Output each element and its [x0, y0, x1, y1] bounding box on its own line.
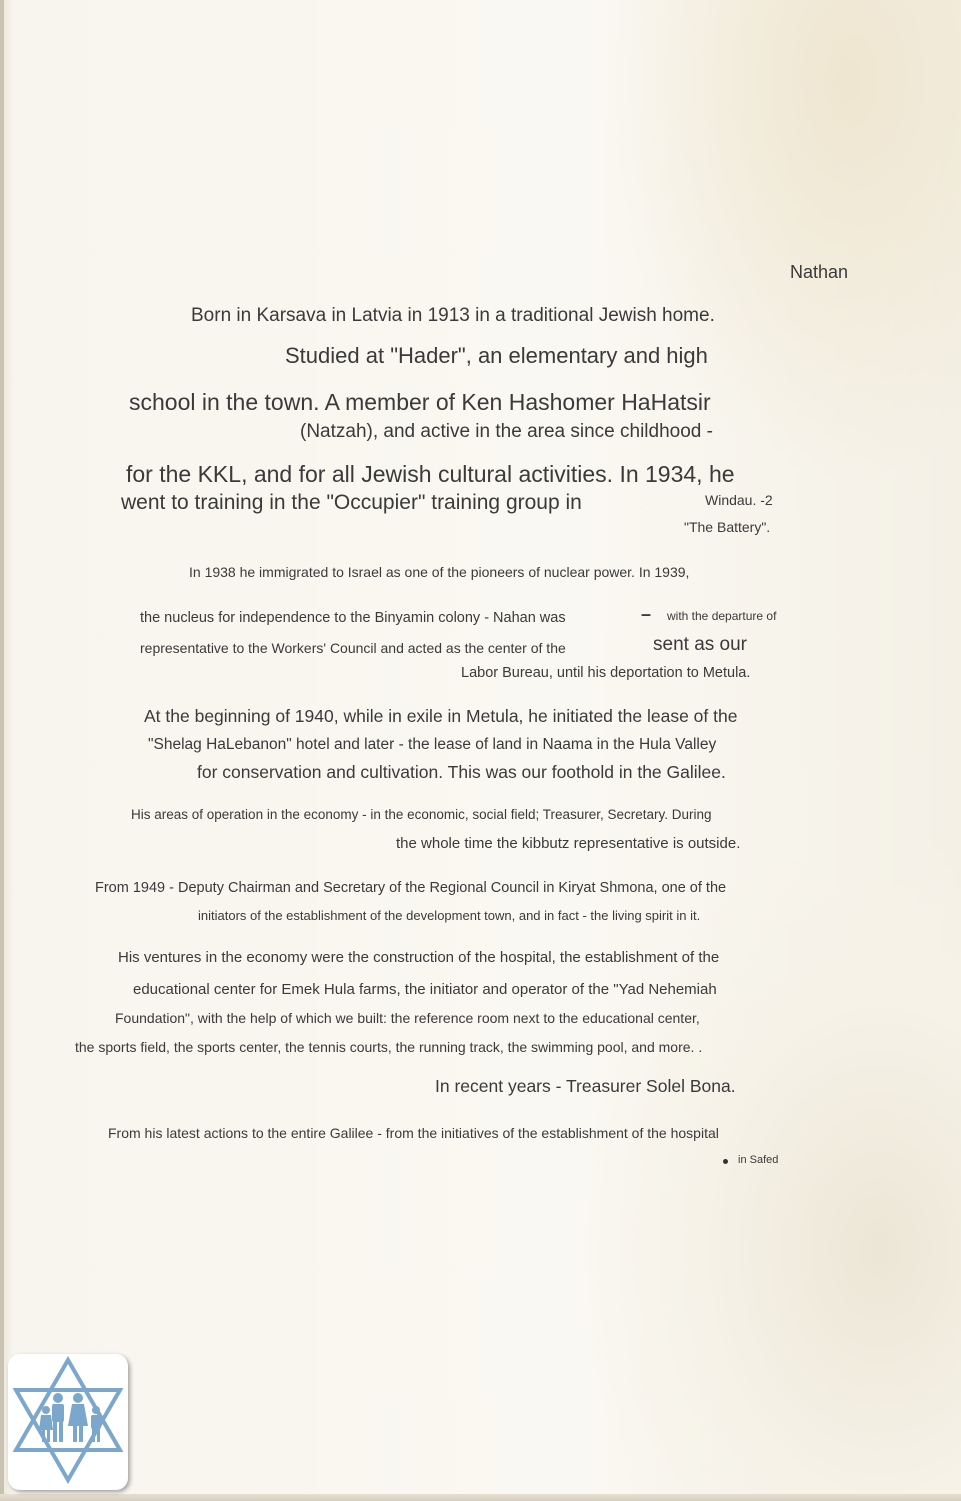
- text-line: Labor Bureau, until his deportation to M…: [461, 666, 750, 681]
- text-line: initiators of the establishment of the d…: [198, 909, 700, 922]
- text-line: school in the town. A member of Ken Hash…: [129, 391, 711, 414]
- text-line: (Natzah), and active in the area since c…: [300, 422, 713, 441]
- text-line: Studied at "Hader", an elementary and hi…: [285, 345, 708, 367]
- page-left-edge: [0, 0, 4, 1501]
- text-line: "Shelag HaLebanon" hotel and later - the…: [148, 737, 716, 753]
- page-bottom-edge: [0, 1494, 961, 1501]
- text-line: the nucleus for independence to the Biny…: [140, 611, 566, 626]
- text-line: for the KKL, and for all Jewish cultural…: [126, 463, 735, 486]
- text-line: Born in Karsava in Latvia in 1913 in a t…: [191, 306, 715, 325]
- text-line: From his latest actions to the entire Ga…: [108, 1126, 719, 1140]
- text-line: for conservation and cultivation. This w…: [197, 764, 726, 782]
- logo: [8, 1354, 128, 1490]
- text-line: in Safed: [738, 1155, 778, 1166]
- text-line: representative to the Workers' Council a…: [140, 641, 566, 655]
- text-line: His ventures in the economy were the con…: [118, 950, 719, 965]
- text-line: Foundation", with the help of which we b…: [115, 1011, 700, 1025]
- text-line: the whole time the kibbutz representativ…: [396, 836, 740, 851]
- star-of-david-family-icon: [8, 1354, 128, 1490]
- text-line: In 1938 he immigrated to Israel as one o…: [189, 565, 689, 579]
- text-line: From 1949 - Deputy Chairman and Secretar…: [95, 881, 726, 896]
- text-line: went to training in the "Occupier" train…: [121, 492, 582, 513]
- text-line: His areas of operation in the economy - …: [131, 808, 712, 822]
- bullet-dot: [723, 1159, 728, 1164]
- text-line: In recent years - Treasurer Solel Bona.: [435, 1078, 736, 1096]
- text-line: At the beginning of 1940, while in exile…: [144, 708, 737, 726]
- text-line: Windau. -2: [705, 493, 773, 507]
- text-line: sent as our: [653, 635, 747, 654]
- text-line: the sports field, the sports center, the…: [75, 1040, 702, 1054]
- dash: –: [641, 605, 651, 623]
- text-line: "The Battery".: [684, 520, 770, 534]
- text-line: educational center for Emek Hula farms, …: [133, 982, 717, 997]
- name-heading: Nathan: [790, 263, 848, 281]
- text-line: with the departure of: [667, 610, 776, 622]
